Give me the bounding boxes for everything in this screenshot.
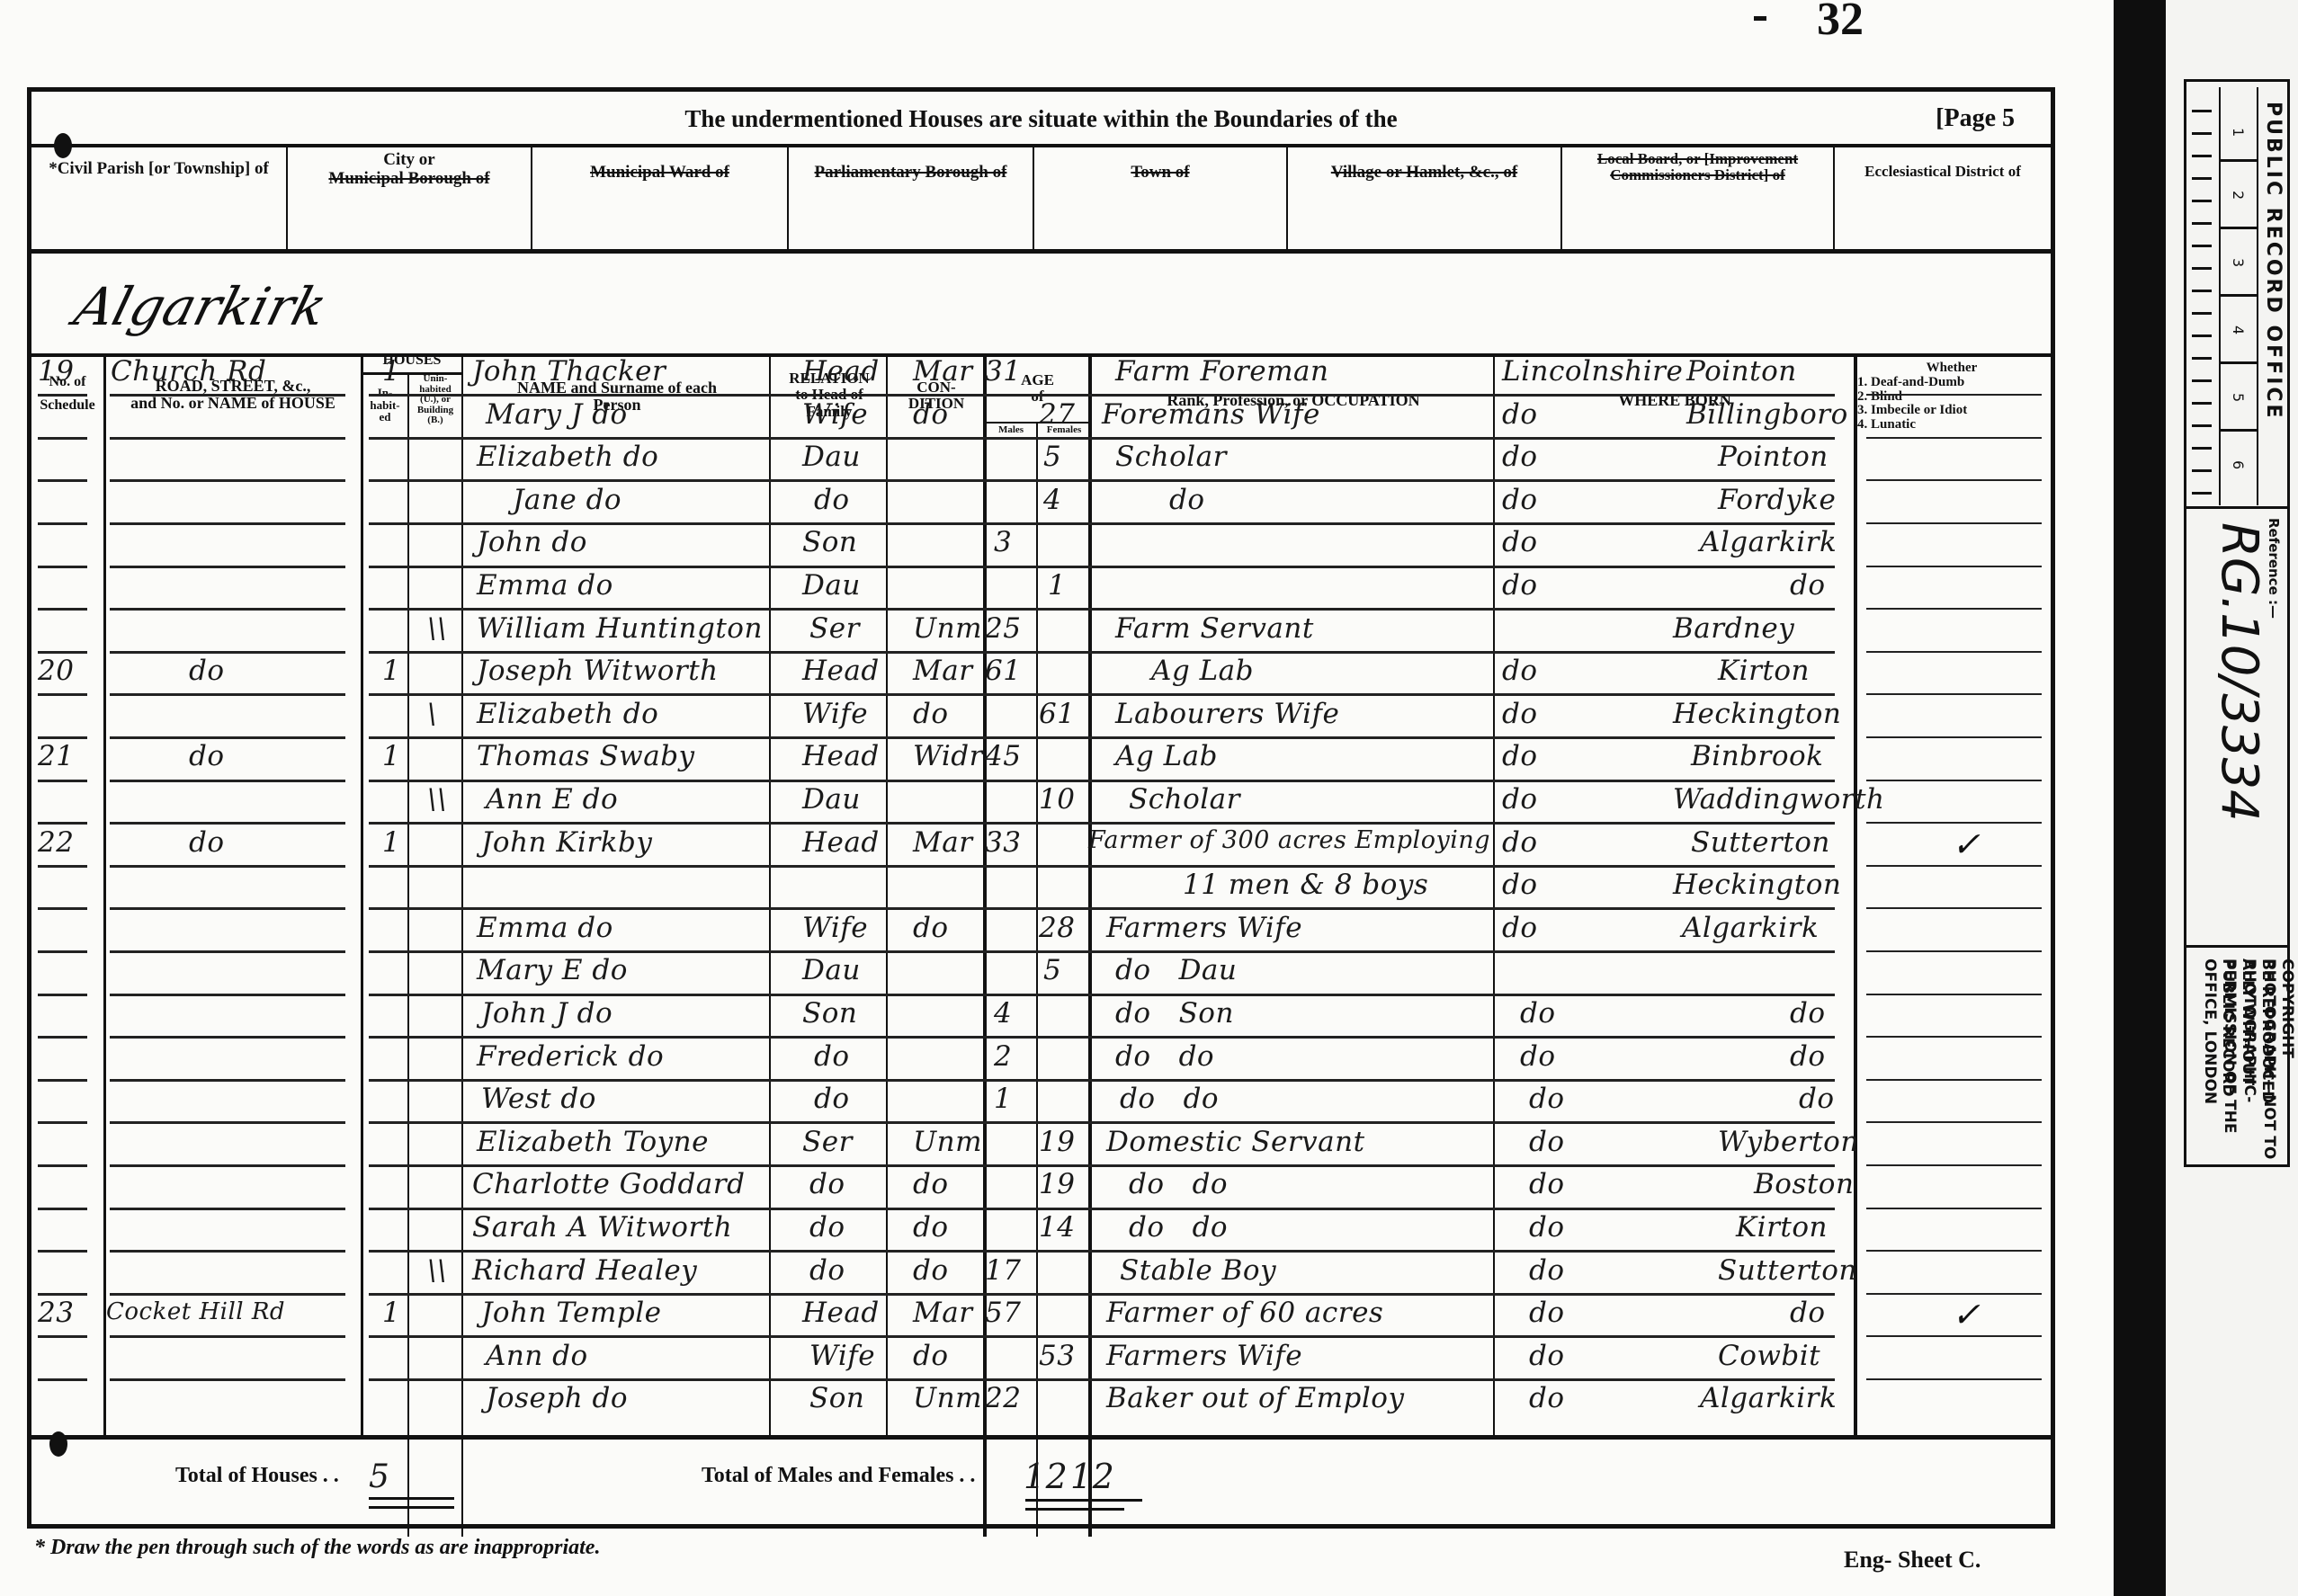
- office-name: PUBLIC RECORD OFFICE: [2262, 102, 2285, 421]
- civil-parish-value: Algarkirk: [68, 276, 334, 337]
- reference-box: 1 2 3 4 5 6 PUBLIC RECORD OFFICE Referen…: [2184, 79, 2290, 1167]
- punch-hole: [54, 133, 72, 158]
- ward-label: Municipal Ward of: [532, 164, 787, 183]
- total-persons-label: Total of Males and Females . .: [702, 1464, 975, 1488]
- civil-parish-label: *Civil Parish [or Township] of: [31, 160, 286, 179]
- record-office-label: 1 2 3 4 5 6 PUBLIC RECORD OFFICE Referen…: [2166, 0, 2298, 1596]
- total-females: 12: [1070, 1457, 1114, 1496]
- folio-dash: [1754, 16, 1766, 21]
- film-margin: [2114, 0, 2166, 1596]
- sheet-id: Eng- Sheet C.: [1844, 1547, 1981, 1574]
- ruler: [2192, 87, 2221, 505]
- ruled-lines: [27, 353, 2055, 1432]
- total-males: 12: [1024, 1457, 1068, 1496]
- village-label: Village or Hamlet, &c., of: [1288, 164, 1560, 183]
- folio-number: 32: [1817, 0, 1864, 46]
- local-board-label: Local Board, or [ImprovementCommissioner…: [1562, 151, 1833, 184]
- footnote: * Draw the pen through such of the words…: [34, 1536, 600, 1560]
- total-houses-label: Total of Houses . .: [175, 1464, 339, 1488]
- ecclesiastical-label: Ecclesiastical District of: [1835, 164, 2051, 180]
- reference-value: RG.10/3334: [2210, 522, 2268, 822]
- page-reference: [Page 5: [1936, 104, 2015, 133]
- parliamentary-borough-label: Parliamentary Borough of: [789, 164, 1033, 183]
- city-label: City orMunicipal Borough of: [288, 151, 531, 188]
- total-houses-value: 5: [369, 1458, 389, 1495]
- punch-hole: [49, 1431, 67, 1457]
- scale-cells: 1 2 3 4 5 6: [2221, 87, 2258, 505]
- copyright-notice: COPYRIGHT PHOTOGRAPH—NOT TO BE REPRODUCE…: [2194, 958, 2284, 1161]
- form-title: The undermentioned Houses are situate wi…: [31, 105, 2051, 133]
- census-sheet: 32 The undermentioned Houses are situate…: [0, 0, 2163, 1596]
- town-label: Town of: [1034, 164, 1286, 183]
